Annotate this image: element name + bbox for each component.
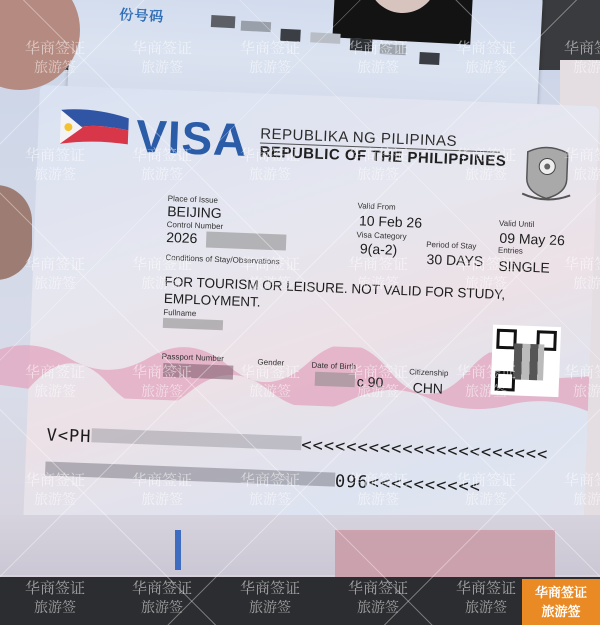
brand-badge: 华商签证 旅游签 [522, 579, 600, 625]
redacted-dob [315, 372, 356, 388]
redacted-mrz-1 [91, 428, 301, 450]
entries-label: Entries [498, 246, 523, 256]
citizenship: CHN [412, 380, 443, 397]
redacted-mrz-2 [45, 461, 335, 486]
blue-stripe [175, 530, 181, 570]
mrz-line-2: 096<<<<<<<<<< [45, 460, 482, 497]
visa-category: 9(a-2) [360, 240, 398, 257]
qr-code [490, 325, 561, 398]
photo-scene: 份号码 VISA REPUBLIKA NG PILIPINAS REPUBLIC… [0, 0, 600, 625]
table-surface [0, 577, 600, 625]
valid-from-label: Valid From [357, 201, 395, 211]
conditions-label: Conditions of Stay/Observations [165, 253, 280, 266]
visa-title: VISA [135, 109, 248, 167]
mrz-line-1-prefix: V<PH [46, 426, 92, 448]
visa-sticker: VISA REPUBLIKA NG PILIPINAS REPUBLIC OF … [23, 85, 599, 546]
visa-category-label: Visa Category [356, 230, 406, 241]
entries: SINGLE [498, 258, 550, 276]
fullname-label: Fullname [163, 308, 196, 318]
period-of-stay: 30 DAYS [426, 251, 483, 269]
redacted-fullname [163, 318, 223, 330]
valid-from: 10 Feb 26 [359, 212, 423, 230]
badge-line-1: 华商签证 [522, 583, 600, 602]
badge-line-2: 旅游签 [522, 602, 600, 621]
face-redacted [366, 0, 438, 15]
valid-until-label: Valid Until [499, 219, 535, 229]
date-of-birth-partial: c 90 [357, 373, 384, 390]
id-number-label: 份号码 [119, 4, 165, 26]
citizenship-label: Citizenship [409, 367, 448, 377]
place-of-issue: BEIJING [167, 203, 222, 221]
passport-pink-stamp [335, 530, 555, 578]
mrz-line-2-suffix: 096<<<<<<<<<< [335, 472, 482, 498]
coat-of-arms-icon [518, 143, 576, 205]
date-of-birth-label: Date of Birth [311, 361, 356, 372]
republic-english: REPUBLIC OF THE PHILIPPINES [259, 143, 506, 169]
redacted-passport-number [163, 363, 233, 380]
mrz-line-1: V<PH<<<<<<<<<<<<<<<<<<<<<< [46, 426, 549, 465]
redacted-control-number [206, 231, 287, 250]
gender-label: Gender [257, 358, 284, 368]
period-of-stay-label: Period of Stay [426, 240, 477, 251]
mrz-line-1-fill: <<<<<<<<<<<<<<<<<<<<<< [301, 435, 549, 464]
control-number: 2026 [166, 229, 198, 246]
philippines-flag-icon [58, 108, 131, 149]
conditions-text: FOR TOURISM OR LEISURE. NOT VALID FOR ST… [164, 273, 545, 322]
